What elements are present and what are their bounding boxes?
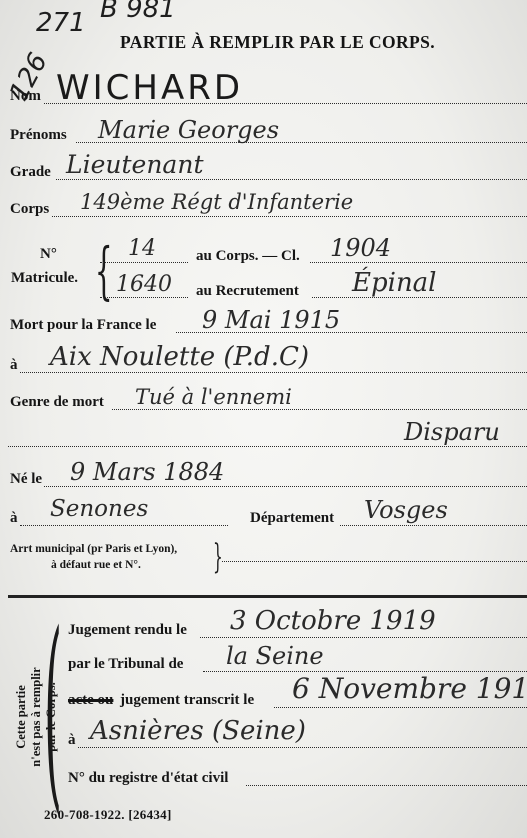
transcrit-date-value[interactable]: 6 Novembre 1919: [292, 672, 527, 705]
naissance-date-label: Né le: [10, 471, 42, 488]
transcrit-lieu-line: [78, 747, 527, 748]
matricule-label-no: N°: [40, 246, 57, 263]
corps-no-line: [100, 262, 188, 263]
prenoms-value[interactable]: Marie Georges: [98, 116, 279, 144]
archive-ref-2: 271: [36, 8, 86, 38]
form-title: PARTIE À REMPLIR PAR LE CORPS.: [120, 32, 435, 53]
nom-label: Nom: [10, 88, 41, 105]
prenoms-label: Prénoms: [10, 127, 67, 144]
matricule-label: Matricule.: [11, 270, 78, 287]
genre-mort-line: [112, 409, 527, 410]
genre-mort-value[interactable]: Tué à l'ennemi: [135, 385, 292, 409]
jugement-date-line: [200, 637, 527, 638]
side-note-line-1: Cette partie: [14, 642, 29, 792]
military-death-record-card: 126 271 B 981 PARTIE À REMPLIR PAR LE CO…: [0, 0, 527, 838]
departement-line: [340, 525, 527, 526]
transcrit-date-line: [274, 707, 527, 708]
registre-line: [246, 785, 527, 786]
genre-mort-line-2: [8, 446, 527, 447]
arrondissement-line: [222, 561, 527, 562]
naissance-date-line: [44, 486, 527, 487]
recrutement-no-line: [100, 297, 188, 298]
jugement-date-value[interactable]: 3 Octobre 1919: [230, 606, 436, 636]
section-separator: [8, 595, 527, 598]
transcrit-lieu-value[interactable]: Asnières (Seine): [90, 716, 306, 746]
classe-value[interactable]: 1904: [330, 234, 391, 262]
matricule-brace: {: [95, 240, 113, 302]
grade-line: [56, 179, 527, 180]
grade-label: Grade: [10, 164, 51, 181]
recrutement-value[interactable]: Épinal: [352, 268, 437, 298]
naissance-lieu-value[interactable]: Senones: [50, 496, 148, 522]
side-note-line-2: n'est pas à remplir: [29, 642, 44, 792]
departement-value[interactable]: Vosges: [364, 496, 448, 524]
jugement-date-label: Jugement rendu le: [68, 622, 187, 639]
mort-lieu-value[interactable]: Aix Noulette (P.d.C): [50, 342, 309, 372]
transcrit-lieu-label: à: [68, 732, 76, 749]
mort-lieu-line: [20, 372, 527, 373]
transcrit-struck-label: acte ou: [68, 692, 113, 709]
corps-no-value[interactable]: 14: [128, 236, 156, 261]
genre-mort-value-2[interactable]: Disparu: [404, 418, 500, 446]
nom-value[interactable]: WICHARD: [56, 68, 243, 108]
mort-date-value[interactable]: 9 Mai 1915: [202, 306, 340, 334]
recrutement-label: au Recrutement: [196, 283, 299, 300]
genre-mort-label: Genre de mort: [10, 394, 104, 411]
naissance-date-value[interactable]: 9 Mars 1884: [70, 458, 224, 486]
mort-lieu-label: à: [10, 357, 18, 374]
judgement-brace: (: [44, 606, 62, 816]
grade-value[interactable]: Lieutenant: [66, 150, 204, 179]
corps-label: Corps: [10, 201, 49, 218]
classe-line: [310, 262, 527, 263]
corps-line: [52, 216, 527, 217]
recrutement-no-value[interactable]: 1640: [116, 272, 172, 297]
corps-value[interactable]: 149ème Régt d'Infanterie: [80, 190, 353, 214]
registre-label: N° du registre d'état civil: [68, 770, 228, 787]
naissance-lieu-label: à: [10, 510, 18, 527]
naissance-lieu-line: [20, 525, 228, 526]
departement-label: Département: [250, 510, 334, 527]
arrondissement-brace: }: [213, 540, 223, 574]
corps-no-label: au Corps. — Cl.: [196, 248, 300, 265]
mort-date-label: Mort pour la France le: [10, 317, 156, 334]
transcrit-date-label: jugement transcrit le: [120, 692, 254, 709]
arrondissement-label-2: à défaut rue et N°.: [51, 559, 141, 571]
arrondissement-label: Arrt municipal (pr Paris et Lyon),: [10, 543, 177, 555]
tribunal-value[interactable]: la Seine: [226, 642, 324, 670]
tribunal-label: par le Tribunal de: [68, 656, 183, 673]
print-reference: 260-708-1922. [26434]: [44, 807, 172, 823]
archive-ref-3: B 981: [100, 0, 176, 24]
